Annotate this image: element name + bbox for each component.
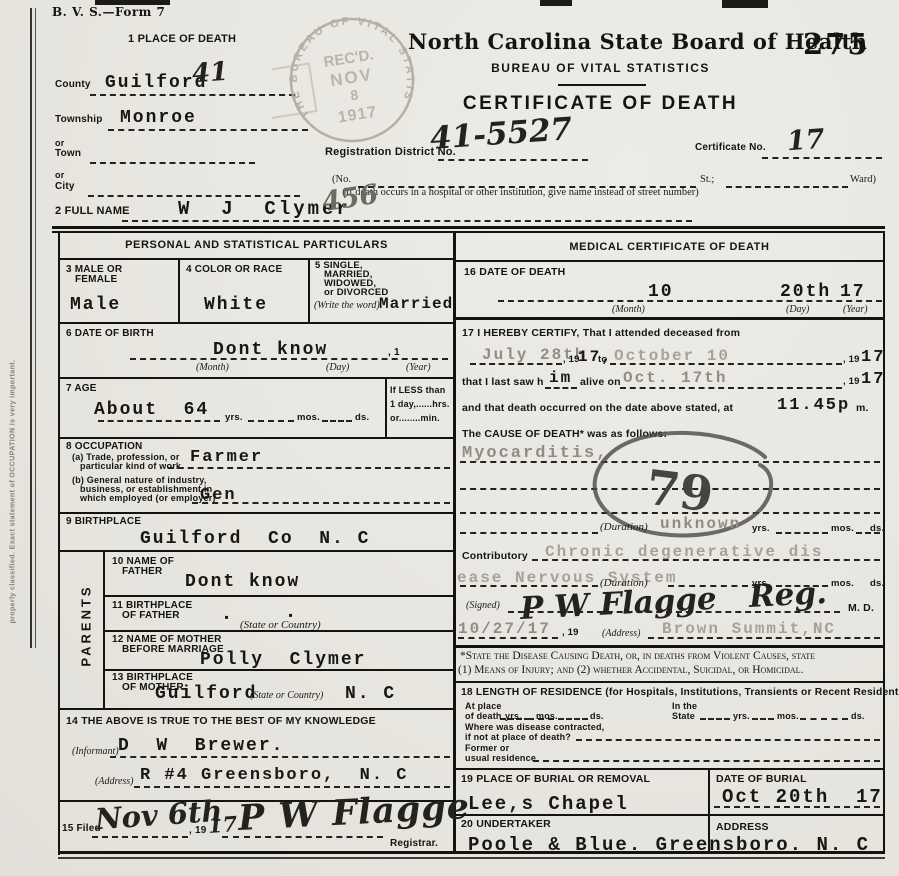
race-label: 4 COLOR OR RACE bbox=[186, 264, 282, 275]
burial-date-value: Oct 20th 17 bbox=[722, 786, 883, 808]
marital-write-note: (Write the word) bbox=[314, 300, 380, 311]
rule bbox=[58, 512, 455, 514]
or-label-city: or bbox=[55, 170, 64, 180]
street-ward-label: Ward) bbox=[850, 174, 876, 185]
mother-birthplace-value: Guilford bbox=[155, 684, 257, 704]
res-line-f bbox=[800, 718, 848, 720]
duration-mos: mos. bbox=[831, 524, 854, 535]
burial-date-line bbox=[714, 806, 880, 808]
residence-contracted-label1: Where was disease contracted, bbox=[465, 722, 604, 732]
certify-to-label: to bbox=[598, 355, 607, 366]
left-edge-rule bbox=[30, 8, 32, 648]
town-label: Town bbox=[55, 148, 81, 159]
cell-divider bbox=[308, 258, 310, 322]
age-label: 7 AGE bbox=[66, 383, 97, 394]
rule bbox=[456, 645, 883, 648]
marital-value: Married bbox=[379, 295, 453, 313]
dob-day-sublabel: (Day) bbox=[326, 362, 349, 373]
signed-19-label: , 19 bbox=[562, 628, 579, 639]
mother-birthplace-note: (State or Country) bbox=[250, 690, 323, 701]
parents-strip-divider bbox=[103, 550, 105, 708]
received-stamp: THE BUREAU OF VITAL STATISTICS REC'D. NO… bbox=[272, 5, 432, 155]
last-saw-im-value: im bbox=[549, 369, 572, 387]
informant-address-line bbox=[134, 786, 450, 788]
rule bbox=[58, 708, 455, 710]
res-ds-b: ds. bbox=[851, 711, 865, 721]
duration-ds-visible: ds. bbox=[870, 524, 884, 535]
full-name-label: 2 FULL NAME bbox=[55, 205, 130, 217]
signed-address-label: (Address) bbox=[602, 628, 641, 639]
rule bbox=[456, 681, 883, 683]
svg-text:79: 79 bbox=[643, 460, 716, 524]
duration-line2 bbox=[776, 532, 828, 534]
duration2-ds: ds. bbox=[870, 579, 884, 590]
last-saw-line-b bbox=[620, 387, 842, 389]
cell-divider bbox=[178, 258, 180, 322]
bottom-border2 bbox=[58, 857, 885, 859]
cause-footnote-line2: (1) Means of Injury; and (2) whether Acc… bbox=[458, 664, 882, 676]
signed-address-line bbox=[648, 637, 880, 639]
contributory-label: Contributory bbox=[462, 551, 528, 563]
res-yrs-b: yrs. bbox=[733, 711, 750, 721]
certify-line1b bbox=[610, 363, 842, 365]
parents-vertical-label: PARENTS bbox=[79, 581, 94, 671]
rule bbox=[456, 317, 883, 320]
res-ds-a: ds. bbox=[590, 711, 604, 721]
age-line3 bbox=[322, 420, 352, 422]
res-mos-b: mos. bbox=[777, 711, 799, 721]
registrar-signature: P W Flagge bbox=[237, 786, 471, 839]
signed-address-value: Brown Summit,NC bbox=[662, 620, 836, 638]
occupation-label: 8 OCCUPATION bbox=[66, 441, 142, 452]
death-time-value: 11.45p bbox=[777, 396, 850, 415]
rule bbox=[58, 437, 455, 439]
date-of-death-day: 20th bbox=[780, 282, 831, 302]
informant-address-value: R #4 Greensboro, N. C bbox=[140, 766, 408, 785]
res-yrs-a: yrs. bbox=[505, 711, 522, 721]
certify-label: 17 I HEREBY CERTIFY, That I attended dec… bbox=[462, 328, 740, 340]
informant-address-label: (Address) bbox=[95, 776, 134, 787]
contributory-line bbox=[532, 559, 880, 561]
bureau-rule bbox=[558, 84, 646, 86]
residence-at-place-label: At place bbox=[465, 701, 502, 711]
dob-year-sublabel: (Year) bbox=[406, 362, 431, 373]
attended-from-year: 17, bbox=[578, 348, 613, 366]
svg-text:1917: 1917 bbox=[337, 104, 379, 127]
left-edge-rule bbox=[35, 8, 36, 648]
certify-19b: , 19 bbox=[843, 355, 860, 366]
sex-value: Male bbox=[70, 295, 121, 315]
rule bbox=[103, 595, 455, 597]
rule bbox=[58, 377, 455, 379]
filed-line bbox=[92, 836, 188, 838]
last-saw-mid-label: alive on bbox=[580, 377, 621, 389]
header-divider bbox=[52, 226, 885, 229]
dob-pre-year: , 1 bbox=[388, 347, 400, 358]
sex-label2: FEMALE bbox=[75, 274, 117, 285]
right-border bbox=[883, 232, 885, 853]
scan-artifact bbox=[540, 0, 572, 6]
dob-label: 6 DATE OF BIRTH bbox=[66, 328, 154, 339]
res-line-d bbox=[700, 718, 730, 720]
residence-contracted-label2: if not at place of death? bbox=[465, 732, 571, 742]
rule bbox=[58, 258, 455, 260]
burial-date-label: DATE OF BURIAL bbox=[716, 774, 807, 786]
res-line-c bbox=[558, 718, 588, 720]
certificate-no-label: Certificate No. bbox=[695, 142, 766, 153]
date-of-death-label: 16 DATE OF DEATH bbox=[464, 267, 565, 279]
residence-state-label: State bbox=[672, 711, 695, 721]
form-number: B. V. S.—Form 7 bbox=[52, 6, 165, 19]
registrar-label: Registrar. bbox=[390, 838, 438, 849]
informant-value: D W Brewer. bbox=[118, 736, 284, 756]
medical-section-title: MEDICAL CERTIFICATE OF DEATH bbox=[456, 241, 883, 253]
last-saw-year: 17 bbox=[861, 370, 885, 389]
signed-date-value: 10/27/17 bbox=[458, 620, 551, 638]
duration-label: (Duration) bbox=[600, 521, 648, 533]
date-of-death-month: 10 bbox=[648, 282, 674, 302]
header-divider2 bbox=[52, 231, 885, 233]
father-birthplace-mark: ▪ bbox=[223, 611, 232, 625]
age-mos-label: mos. bbox=[297, 413, 320, 424]
occupation-b-line bbox=[192, 502, 450, 504]
certify-19c: , 19 bbox=[843, 377, 860, 388]
registration-district-value: 41-5527 bbox=[429, 111, 573, 157]
race-value: White bbox=[204, 295, 268, 315]
personal-section-title: PERSONAL AND STATISTICAL PARTICULARS bbox=[58, 239, 455, 251]
mother-birthplace-value2: N. C bbox=[345, 684, 396, 704]
bureau-subtitle: BUREAU OF VITAL STATISTICS bbox=[408, 62, 793, 75]
res-mos-a: mos. bbox=[536, 711, 558, 721]
duration2-lead-line bbox=[460, 585, 598, 587]
res-line-e bbox=[752, 718, 774, 720]
rule bbox=[456, 768, 883, 770]
burial-place-value: Lee,s Chapel bbox=[468, 793, 629, 815]
informant-line bbox=[110, 756, 450, 758]
dod-month-sublabel: (Month) bbox=[612, 304, 645, 315]
undertaker-value: Poole & Blue. Greensboro. N. C bbox=[468, 834, 870, 856]
county-label: County bbox=[55, 79, 91, 90]
rule bbox=[103, 630, 455, 632]
registrar-line bbox=[255, 836, 383, 838]
father-name-label2: FATHER bbox=[122, 566, 162, 577]
signed-label: (Signed) bbox=[466, 600, 500, 611]
scan-artifact bbox=[722, 0, 768, 8]
mother-name-value: Polly Clymer bbox=[200, 650, 366, 670]
residence-former-label1: Former or bbox=[465, 743, 509, 753]
res-contracted-line bbox=[576, 739, 880, 741]
filed-year-handwritten: 17 bbox=[207, 811, 238, 838]
age-line2 bbox=[248, 420, 294, 422]
undertaker-address-label: ADDRESS bbox=[716, 822, 769, 834]
town-line bbox=[90, 162, 255, 164]
place-of-death-heading: 1 PLACE OF DEATH bbox=[128, 33, 236, 45]
age-yrs-label: yrs. bbox=[225, 413, 243, 424]
serial-number: 275 bbox=[803, 28, 870, 60]
death-occurred-label: and that death occurred on the date abov… bbox=[462, 403, 733, 415]
city-label: City bbox=[55, 181, 75, 192]
residence-of-death-label: of death bbox=[465, 711, 502, 721]
father-birthplace-label2: OF FATHER bbox=[122, 610, 180, 621]
occupation-a-line bbox=[168, 467, 450, 469]
dod-year-sublabel: (Year) bbox=[843, 304, 868, 315]
residence-in-the-label: In the bbox=[672, 701, 697, 711]
age-line bbox=[98, 420, 220, 422]
filed-19-label: , 19 bbox=[189, 825, 206, 836]
certify-line1a bbox=[470, 363, 562, 365]
or-label-town: or bbox=[55, 138, 64, 148]
father-name-value: Dont know bbox=[185, 572, 300, 592]
city-line bbox=[88, 195, 300, 197]
svg-text:8: 8 bbox=[349, 86, 359, 103]
cause-footnote-line1: *State the Disease Causing Death, or, in… bbox=[460, 650, 884, 662]
age-subcell-divider bbox=[385, 377, 387, 437]
dod-day-sublabel: (Day) bbox=[786, 304, 809, 315]
duration2-mos: mos. bbox=[831, 579, 854, 590]
county-line bbox=[90, 94, 295, 96]
last-saw-line-a bbox=[545, 387, 577, 389]
death-time-suffix: m. bbox=[856, 403, 869, 415]
death-certificate-scan: properly classified. Exact statement of … bbox=[0, 0, 899, 876]
duration-value: unknown bbox=[660, 515, 741, 533]
signed-date-line bbox=[458, 637, 558, 639]
res-former-line bbox=[533, 760, 880, 762]
org-title: North Carolina State Board of Health bbox=[408, 30, 793, 54]
birthplace-value: Guilford Co N. C bbox=[140, 529, 370, 549]
rule bbox=[103, 669, 455, 671]
registration-district-line bbox=[438, 159, 588, 161]
full-name-line bbox=[122, 220, 692, 222]
duration-yrs: yrs. bbox=[752, 524, 770, 535]
rule bbox=[58, 550, 455, 552]
age-less-label1: If LESS than bbox=[390, 385, 445, 395]
doc-title: CERTIFICATE OF DEATH bbox=[408, 93, 793, 114]
age-value: About 64 bbox=[94, 400, 209, 420]
margin-note: properly classified. Exact statement of … bbox=[10, 224, 17, 624]
signed-line bbox=[508, 611, 840, 613]
duration-lead-line bbox=[460, 532, 598, 534]
rule bbox=[58, 322, 455, 324]
rule bbox=[456, 260, 883, 262]
affirm-label: 14 THE ABOVE IS TRUE TO THE BEST OF MY K… bbox=[66, 716, 376, 728]
county-number-handwritten: 41 bbox=[191, 57, 229, 89]
rule bbox=[456, 814, 883, 816]
dob-value: Dont know bbox=[213, 340, 328, 360]
last-saw-date-value: Oct. 17th bbox=[623, 369, 727, 387]
center-divider bbox=[453, 232, 456, 853]
age-less-label2: 1 day,......hrs. bbox=[390, 399, 450, 409]
age-ds-label: ds. bbox=[355, 413, 369, 424]
certificate-no-value: 17 bbox=[786, 124, 826, 158]
left-border bbox=[58, 232, 60, 855]
township-label: Township bbox=[55, 114, 103, 125]
attended-to-year: 17 bbox=[861, 348, 885, 367]
md-label: M. D. bbox=[848, 603, 874, 615]
dob-month-sublabel: (Month) bbox=[196, 362, 229, 373]
occupation-a-label2: particular kind of work bbox=[80, 461, 181, 471]
last-saw-pre-label: that I last saw h bbox=[462, 377, 544, 389]
residence-label: 18 LENGTH OF RESIDENCE (for Hospitals, I… bbox=[461, 687, 899, 699]
date-of-death-year: 17 bbox=[840, 282, 866, 302]
township-value: Monroe bbox=[120, 108, 197, 128]
street-st-label: St.; bbox=[700, 174, 714, 185]
burial-place-label: 19 PLACE OF BURIAL OR REMOVAL bbox=[461, 774, 650, 786]
birthplace-label: 9 BIRTHPLACE bbox=[66, 516, 141, 527]
full-name-number-pencil: 456 bbox=[320, 179, 381, 218]
undertaker-label: 20 UNDERTAKER bbox=[461, 819, 551, 831]
residence-former-label2: usual residence bbox=[465, 753, 536, 763]
certificate-no-line bbox=[762, 157, 882, 159]
occupation-a-value: Farmer bbox=[190, 448, 263, 467]
age-less-label3: or........min. bbox=[390, 413, 440, 423]
